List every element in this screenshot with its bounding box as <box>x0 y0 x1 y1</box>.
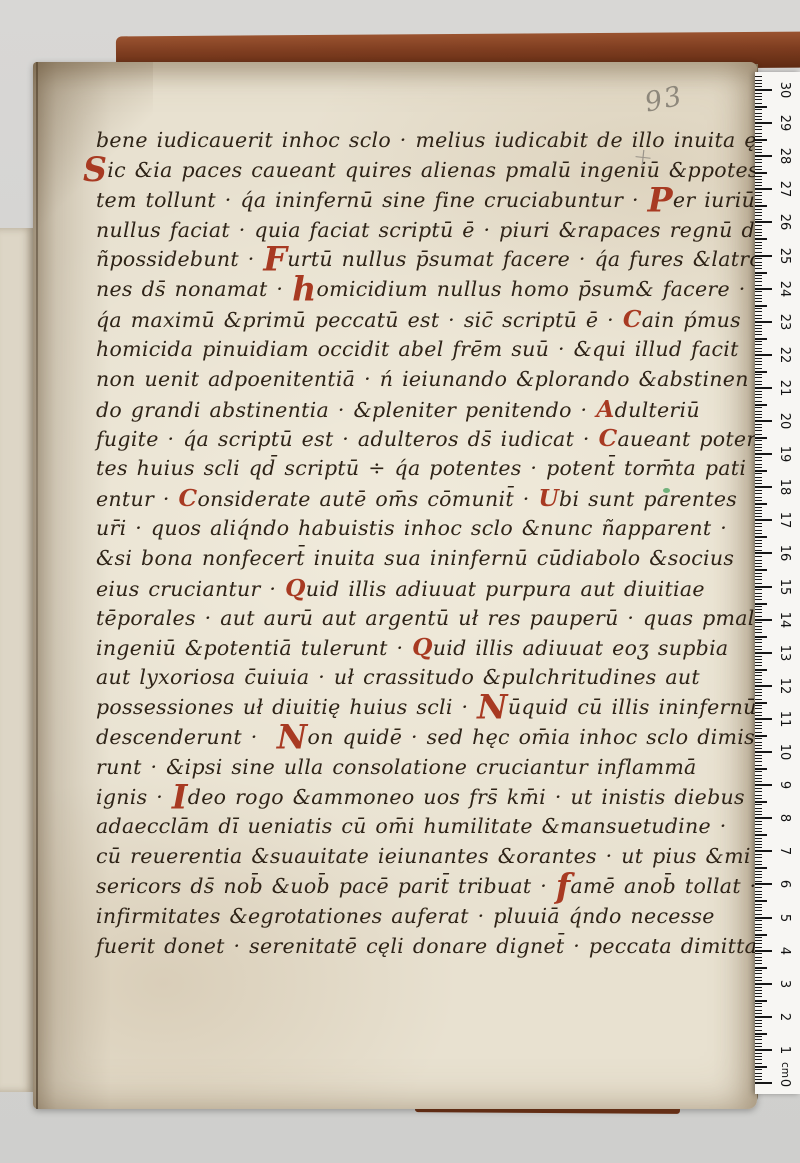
ruler-tick-mm <box>755 606 762 607</box>
ruler-tick-mm <box>755 473 762 474</box>
ruler-tick-mm <box>755 626 762 627</box>
previous-page-edge <box>0 228 34 1092</box>
ruler-tick-mm <box>755 93 762 94</box>
ruler-number: 16 <box>776 544 792 562</box>
ruler-tick-mm <box>755 556 762 557</box>
ruler-tick-mm <box>755 665 762 666</box>
ruler-tick-mm <box>755 248 762 249</box>
ink-text: fuerit donet · serenitatē cęli donare di… <box>96 934 781 958</box>
ink-text: dulteriū <box>615 398 700 422</box>
ruler-tick-mm <box>755 301 762 302</box>
ink-text: sericors ds̄ nob̄ &uob̄ pacē parit̄ trib… <box>96 874 556 898</box>
ruler-number: 19 <box>776 445 792 463</box>
ruler-tick-mm <box>755 642 762 643</box>
ruler-tick-mm <box>755 699 762 700</box>
ruler-tick-mm <box>755 440 762 441</box>
ruler-tick-cm <box>755 850 772 852</box>
ruler-tick-mm <box>755 258 762 259</box>
ink-text: entur · <box>96 487 179 511</box>
ruler-tick-mm <box>755 1066 767 1068</box>
ruler-tick-mm <box>755 761 762 762</box>
rubric-initial: S <box>83 150 107 189</box>
ruler-number: 10 <box>776 743 792 761</box>
ruler-tick-mm <box>755 225 762 226</box>
ink-text: ñpossidebunt · <box>96 247 263 271</box>
ruler-tick-mm <box>755 828 762 829</box>
ruler-tick-mm <box>755 371 767 373</box>
ink-text: homicida pinuidiam occidit abel frēm suū… <box>96 337 739 361</box>
ruler-tick-mm <box>755 649 762 650</box>
ink-text: tēporales · aut aurū aut argentū uł res … <box>96 606 768 630</box>
ruler-tick-mm <box>755 507 762 508</box>
ruler-tick-mm <box>755 411 762 412</box>
ruler-tick-mm <box>755 262 762 263</box>
ruler-tick-mm <box>755 523 762 524</box>
rubric-initial: N <box>277 717 308 756</box>
ruler-tick-mm <box>755 738 762 739</box>
ruler-tick-mm <box>755 940 762 941</box>
ruler-number: 18 <box>776 478 792 496</box>
ruler-tick-mm <box>755 384 762 385</box>
manuscript-line: do grandi abstinentia · &pleniter penite… <box>96 395 671 425</box>
ruler-tick-mm <box>755 103 762 104</box>
ruler-tick-mm <box>755 162 762 163</box>
ink-text: possessiones uł diuitię huius scli · <box>96 695 477 719</box>
ruler-tick-cm <box>755 288 772 290</box>
ruler-tick-mm <box>755 841 762 842</box>
ruler-tick-mm <box>755 1006 762 1007</box>
manuscript-line: nes ds̄ nonamat · homicidium nullus homo… <box>96 275 671 305</box>
ruler-tick-cm <box>755 354 772 356</box>
ink-text: bene iudicauerit inhoc sclo · melius iud… <box>96 128 800 152</box>
ruler-tick-mm <box>755 771 762 772</box>
ruler-tick-mm <box>755 583 762 584</box>
ruler-tick-mm <box>755 1013 762 1014</box>
ruler-tick-mm <box>755 1003 762 1004</box>
ruler-tick-mm <box>755 1010 762 1011</box>
ruler-number: 11 <box>776 710 792 728</box>
ruler-tick-mm <box>755 298 762 299</box>
ruler-number: 9 <box>776 776 792 794</box>
ruler-tick-mm <box>755 881 762 882</box>
ruler-tick-mm <box>755 381 762 382</box>
rubric-initial: h <box>292 270 316 309</box>
ruler-tick-cm <box>755 883 772 885</box>
ruler-tick-mm <box>755 814 762 815</box>
rubric-initial: N <box>477 687 508 726</box>
ink-text: &si bona nonfecert̄ inuita sua ininfernū… <box>96 546 734 570</box>
ruler-tick-mm <box>755 142 762 143</box>
ruler-tick-mm <box>755 530 762 531</box>
ruler-tick-mm <box>755 477 762 478</box>
rubric-initial: Q <box>285 574 306 602</box>
ruler-tick-mm <box>755 937 762 938</box>
ruler-tick-mm <box>755 1000 767 1002</box>
ruler-tick-mm <box>755 543 762 544</box>
ruler-unit-label: cm <box>779 1061 791 1079</box>
rubric-initial: P <box>648 180 673 219</box>
ruler-tick-mm <box>755 195 762 196</box>
ruler-tick-cm <box>755 387 772 389</box>
ink-text: do grandi abstinentia · &pleniter penite… <box>96 398 596 422</box>
ruler-tick-mm <box>755 927 762 928</box>
ruler-tick-mm <box>755 980 762 981</box>
ruler-tick-mm <box>755 609 762 610</box>
ruler-tick-mm <box>755 308 762 309</box>
ruler-number: 3 <box>776 975 792 993</box>
ruler-tick-cm <box>755 420 772 422</box>
ruler-tick-mm <box>755 311 762 312</box>
ink-text: runt · &ipsi sine ulla consolatione cruc… <box>96 755 697 779</box>
ruler-tick-mm <box>755 679 762 680</box>
ruler-tick-mm <box>755 106 767 108</box>
photo-background: bene iudicauerit inhoc sclo · melius iud… <box>0 0 800 1163</box>
manuscript-line: fuerit donet · serenitatē cęli donare di… <box>96 932 671 962</box>
ruler-tick-mm <box>755 159 762 160</box>
ruler-tick-mm <box>755 1046 762 1047</box>
ruler-tick-mm <box>755 695 762 696</box>
ruler-tick-cm <box>755 652 772 654</box>
rubric-initial: F <box>263 240 287 279</box>
measuring-ruler: 0123456789101112131415161718192021222324… <box>755 72 800 1094</box>
ruler-tick-mm <box>755 748 762 749</box>
manuscript-line: tes huius scli qd̄ scriptū ÷ q́a potente… <box>96 454 671 484</box>
ruler-tick-mm <box>755 291 762 292</box>
ruler-tick-mm <box>755 199 762 200</box>
ruler-tick-mm <box>755 444 762 445</box>
ruler-tick-mm <box>755 401 762 402</box>
ruler-tick-mm <box>755 656 762 657</box>
ruler-tick-mm <box>755 996 762 997</box>
ruler-tick-mm <box>755 179 762 180</box>
ruler-tick-mm <box>755 1020 762 1021</box>
manuscript-line: q́a maximū &primū peccatū est · sic̄ scr… <box>96 305 671 335</box>
ruler-tick-mm <box>755 129 762 130</box>
ruler-tick-mm <box>755 460 762 461</box>
ruler-tick-mm <box>755 788 762 789</box>
ruler-tick-mm <box>755 510 762 511</box>
ruler-number: 7 <box>776 842 792 860</box>
ruler-tick-mm <box>755 659 762 660</box>
ink-text: tem tollunt · q́a ininfernū sine fine cr… <box>96 188 648 212</box>
ruler-tick-mm <box>755 798 762 799</box>
manuscript-line: aut lyxoriosa c̄uiuia · uł crassitudo &p… <box>96 663 671 693</box>
ruler-tick-mm <box>755 702 767 704</box>
ink-text: aut lyxoriosa c̄uiuia · uł crassitudo &p… <box>96 665 700 689</box>
ruler-tick-mm <box>755 1036 762 1037</box>
ruler-tick-mm <box>755 513 762 514</box>
ruler-tick-mm <box>755 1030 762 1031</box>
rubric-initial: C <box>599 424 618 452</box>
ink-text: adaecclām dī ueniatis cū om̄i humilitate… <box>96 814 727 838</box>
ink-text: cū reuerentia &suauitate ieiunantes &ora… <box>96 844 751 868</box>
ruler-tick-cm <box>755 917 772 919</box>
ruler-tick-mm <box>755 268 762 269</box>
rubric-initial: U <box>538 484 559 512</box>
ruler-tick-mm <box>755 434 762 435</box>
manuscript-line: cū reuerentia &suauitate ieiunantes &ora… <box>96 842 671 872</box>
ruler-tick-mm <box>755 957 762 958</box>
ruler-tick-mm <box>755 364 762 365</box>
ruler-number: 20 <box>776 412 792 430</box>
pencil-cross-mark: + <box>632 142 655 172</box>
ruler-tick-cm <box>755 519 772 521</box>
ink-text: infirmitates &egrotationes auferat · plu… <box>96 904 715 928</box>
manuscript-line: ignis · Ideo rogo &ammoneo uos frs̄ km̄i… <box>96 783 671 813</box>
manuscript-text-block: bene iudicauerit inhoc sclo · melius iud… <box>96 126 671 962</box>
ruler-tick-mm <box>755 76 762 77</box>
ruler-tick-cm <box>755 255 772 257</box>
ruler-tick-mm <box>755 391 762 392</box>
ruler-tick-mm <box>755 990 762 991</box>
ruler-tick-mm <box>755 480 762 481</box>
ruler-tick-mm <box>755 404 767 406</box>
ruler-tick-mm <box>755 732 762 733</box>
ruler-number: 13 <box>776 644 792 662</box>
ruler-tick-mm <box>755 497 762 498</box>
ruler-tick-mm <box>755 708 762 709</box>
ruler-tick-cm <box>755 586 772 588</box>
ruler-tick-mm <box>755 831 762 832</box>
ruler-tick-mm <box>755 682 762 683</box>
ruler-tick-mm <box>755 675 762 676</box>
ink-text: tes huius scli qd̄ scriptū ÷ q́a potente… <box>96 456 746 480</box>
ruler-tick-mm <box>755 1059 762 1060</box>
ruler-tick-mm <box>755 149 762 150</box>
ruler-tick-mm <box>755 987 762 988</box>
ruler-tick-cm <box>755 453 772 455</box>
ruler-tick-cm <box>755 817 772 819</box>
ruler-tick-mm <box>755 500 762 501</box>
ruler-tick-mm <box>755 116 762 117</box>
ruler-tick-mm <box>755 804 762 805</box>
ruler-tick-mm <box>755 811 762 812</box>
manuscript-line: non uenit adpoenitentiā · ń ieiunando &p… <box>96 365 671 395</box>
ruler-tick-mm <box>755 612 762 613</box>
manuscript-line: adaecclām dī ueniatis cū om̄i humilitate… <box>96 812 671 842</box>
ruler-tick-mm <box>755 596 762 597</box>
ruler-tick-mm <box>755 877 762 878</box>
ruler-tick-mm <box>755 361 762 362</box>
green-ink-speck <box>663 488 670 493</box>
ruler-tick-cm <box>755 950 772 952</box>
ink-text: ic &ia paces caueant quires alienas pmal… <box>107 158 780 182</box>
ruler-tick-mm <box>755 854 762 855</box>
ruler-tick-mm <box>755 867 767 869</box>
ruler-tick-mm <box>755 281 762 282</box>
ruler-tick-mm <box>755 493 762 494</box>
ruler-tick-mm <box>755 172 767 174</box>
ruler-tick-mm <box>755 209 762 210</box>
ruler-tick-mm <box>755 394 762 395</box>
ink-text: ain ṕmus <box>642 308 741 332</box>
ruler-tick-cm <box>755 1016 772 1018</box>
ruler-tick-mm <box>755 86 762 87</box>
ruler-tick-mm <box>755 358 762 359</box>
ink-text: on quidē · sed hęc om̄ia inhoc sclo dimi… <box>308 725 768 749</box>
ruler-tick-mm <box>755 83 762 84</box>
ruler-tick-mm <box>755 791 762 792</box>
ruler-number: 28 <box>776 147 792 165</box>
ink-text: eius cruciantur · <box>96 577 285 601</box>
ruler-tick-mm <box>755 99 762 100</box>
ruler-tick-mm <box>755 1063 762 1064</box>
ink-text: urtū nullus p̄sumat facere · q́a fures &… <box>287 247 762 271</box>
ruler-tick-mm <box>755 540 762 541</box>
ruler-tick-mm <box>755 857 762 858</box>
ruler-tick-mm <box>755 669 767 671</box>
ruler-tick-mm <box>755 844 762 845</box>
ruler-tick-mm <box>755 457 762 458</box>
ruler-tick-mm <box>755 536 767 538</box>
ruler-tick-mm <box>755 331 762 332</box>
ruler-tick-mm <box>755 285 762 286</box>
ink-text: aueant poten <box>617 427 759 451</box>
ruler-number: 6 <box>776 875 792 893</box>
ink-text: uid illis adiuuat purpura aut diuitiae <box>306 577 705 601</box>
rubric-initial: f <box>556 866 571 905</box>
ruler-tick-mm <box>755 328 762 329</box>
manuscript-page: bene iudicauerit inhoc sclo · melius iud… <box>33 62 757 1109</box>
rubric-initial: A <box>596 395 614 423</box>
ruler-number: 25 <box>776 247 792 265</box>
ruler-tick-cm <box>755 321 772 323</box>
ruler-tick-cm <box>755 718 772 720</box>
ruler-tick-mm <box>755 229 762 230</box>
ruler-tick-mm <box>755 861 762 862</box>
ruler-tick-mm <box>755 947 762 948</box>
ruler-tick-mm <box>755 689 762 690</box>
ruler-number: 4 <box>776 942 792 960</box>
ruler-tick-mm <box>755 636 767 638</box>
ruler-number: 26 <box>776 213 792 231</box>
manuscript-line: ingeniū &potentiā tulerunt · Quid illis … <box>96 633 671 663</box>
ruler-tick-mm <box>755 205 767 207</box>
ink-text: bi sunt parentes <box>559 487 737 511</box>
ruler-tick-cm <box>755 685 772 687</box>
ruler-number: 15 <box>776 578 792 596</box>
ruler-tick-mm <box>755 503 767 505</box>
manuscript-line: tem tollunt · q́a ininfernū sine fine cr… <box>96 186 671 216</box>
ruler-tick-mm <box>755 632 762 633</box>
ink-text: fugite · q́a scriptū est · adulteros ds̄… <box>96 427 599 451</box>
ruler-tick-mm <box>755 973 762 974</box>
ruler-tick-mm <box>755 838 762 839</box>
ruler-tick-mm <box>755 1033 767 1035</box>
ruler-tick-mm <box>755 533 762 534</box>
ruler-tick-cm <box>755 1049 772 1051</box>
ruler-number: 29 <box>776 114 792 132</box>
ruler-tick-mm <box>755 447 762 448</box>
ruler-number: 2 <box>776 1008 792 1026</box>
ink-text: q́a maximū &primū peccatū est · sic̄ scr… <box>96 308 623 332</box>
ruler-tick-mm <box>755 238 767 240</box>
ruler-tick-mm <box>755 930 762 931</box>
ruler-tick-mm <box>755 646 762 647</box>
ruler-tick-mm <box>755 824 762 825</box>
ruler-tick-mm <box>755 735 767 737</box>
ruler-tick-cm <box>755 619 772 621</box>
ruler-tick-mm <box>755 722 762 723</box>
ruler-tick-mm <box>755 133 762 134</box>
ink-text: er iuriū <box>673 188 755 212</box>
ruler-tick-mm <box>755 212 762 213</box>
ruler-tick-cm <box>755 751 772 753</box>
ruler-tick-mm <box>755 742 762 743</box>
ruler-tick-mm <box>755 589 762 590</box>
ruler-tick-mm <box>755 182 762 183</box>
ruler-tick-mm <box>755 80 762 81</box>
ruler-tick-mm <box>755 907 762 908</box>
manuscript-line: fugite · q́a scriptū est · adulteros ds̄… <box>96 424 671 454</box>
ink-text: nes ds̄ nonamat · <box>96 277 292 301</box>
rubric-initial: C <box>179 484 198 512</box>
ruler-tick-mm <box>755 934 767 936</box>
ruler-tick-mm <box>755 245 762 246</box>
ruler-tick-mm <box>755 325 762 326</box>
ruler-tick-mm <box>755 467 762 468</box>
ruler-tick-mm <box>755 808 762 809</box>
ruler-tick-mm <box>755 315 762 316</box>
ruler-tick-mm <box>755 775 762 776</box>
ruler-tick-mm <box>755 629 762 630</box>
ruler-tick-mm <box>755 526 762 527</box>
ruler-tick-mm <box>755 338 767 340</box>
ruler-tick-mm <box>755 705 762 706</box>
ruler-tick-mm <box>755 864 762 865</box>
ruler-tick-mm <box>755 963 762 964</box>
ruler-tick-mm <box>755 152 762 153</box>
ruler-tick-cm <box>755 155 772 157</box>
ruler-tick-mm <box>755 573 762 574</box>
ruler-tick-mm <box>755 344 762 345</box>
ruler-tick-mm <box>755 834 767 836</box>
ruler-tick-mm <box>755 136 762 137</box>
ruler-tick-mm <box>755 728 762 729</box>
ink-text: ur̄i · quos aliq́ndo habuistis inhoc scl… <box>96 516 727 540</box>
ruler-tick-mm <box>755 113 762 114</box>
ruler-tick-mm <box>755 639 762 640</box>
ruler-tick-mm <box>755 1026 762 1027</box>
ruler-tick-mm <box>755 546 762 547</box>
ruler-tick-mm <box>755 109 762 110</box>
ruler-tick-mm <box>755 579 762 580</box>
ruler-tick-mm <box>755 470 767 472</box>
ruler-tick-mm <box>755 900 767 902</box>
ruler-tick-mm <box>755 351 762 352</box>
ruler-tick-mm <box>755 622 762 623</box>
ruler-tick-mm <box>755 374 762 375</box>
ruler-tick-mm <box>755 1079 762 1080</box>
ruler-number: 24 <box>776 280 792 298</box>
ruler-tick-mm <box>755 483 762 484</box>
ruler-tick-mm <box>755 967 767 969</box>
ruler-tick-mm <box>755 871 762 872</box>
ruler-tick-mm <box>755 887 762 888</box>
ruler-tick-mm <box>755 139 767 141</box>
ruler-tick-mm <box>755 341 762 342</box>
ruler-tick-mm <box>755 437 767 439</box>
ruler-tick-mm <box>755 758 762 759</box>
ruler-tick-mm <box>755 450 762 451</box>
manuscript-line: homicida pinuidiam occidit abel frēm suū… <box>96 335 671 365</box>
ruler-number: 23 <box>776 313 792 331</box>
ruler-tick-mm <box>755 1069 762 1070</box>
ruler-number: 21 <box>776 379 792 397</box>
ruler-tick-mm <box>755 593 762 594</box>
ruler-tick-mm <box>755 993 762 994</box>
ruler-tick-mm <box>755 910 762 911</box>
